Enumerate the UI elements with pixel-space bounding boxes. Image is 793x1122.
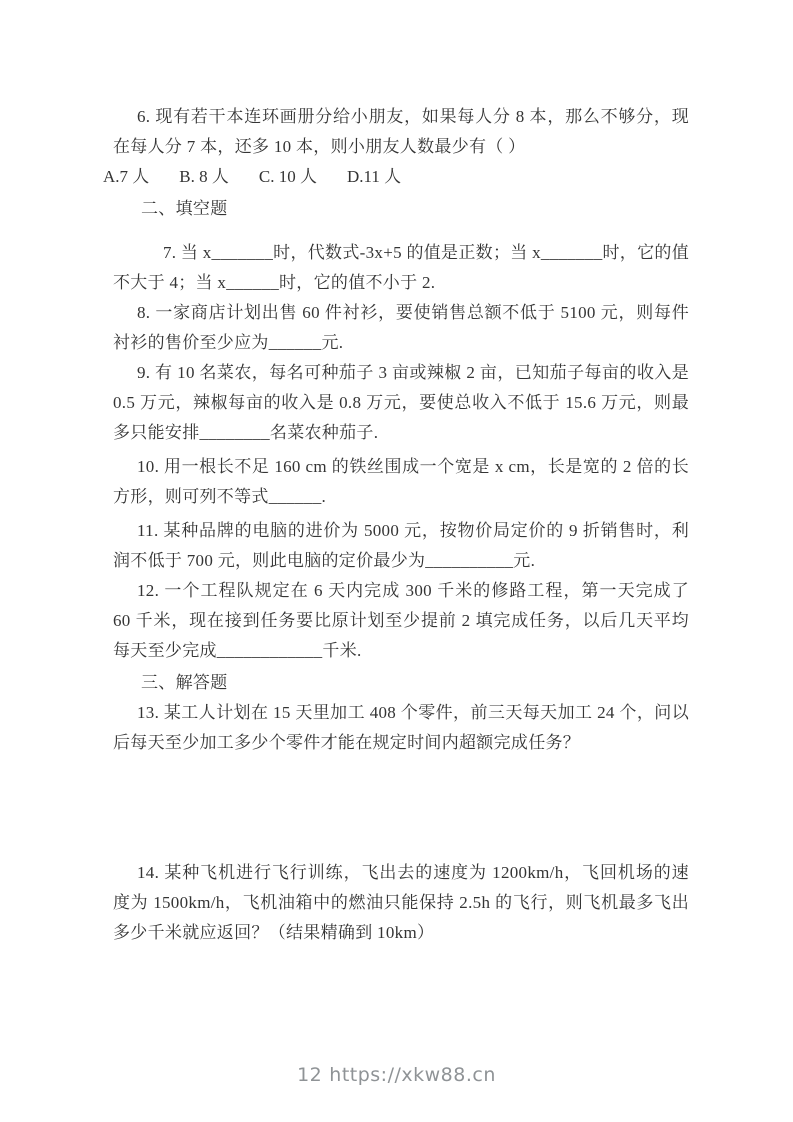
page-footer: 12https://xkw88.cn	[0, 1064, 793, 1086]
q6-option-c: C. 10 人	[259, 162, 317, 192]
q6-option-d: D.11 人	[347, 162, 401, 192]
question-6-options: A.7 人 B. 8 人 C. 10 人 D.11 人	[103, 162, 689, 192]
worksheet-page: 6. 现有若干本连环画册分给小朋友，如果每人分 8 本，那么不够分，现在每人分 …	[0, 0, 793, 1122]
document-body: 6. 现有若干本连环画册分给小朋友，如果每人分 8 本，那么不够分，现在每人分 …	[0, 0, 793, 948]
section-title-solve: 三、解答题	[113, 668, 689, 698]
question-8: 8. 一家商店计划出售 60 件衬衫，要使销售总额不低于 5100 元，则每件衬…	[113, 298, 689, 358]
question-9: 9. 有 10 名菜农，每名可种茄子 3 亩或辣椒 2 亩，已知茄子每亩的收入是…	[113, 358, 689, 448]
question-13: 13. 某工人计划在 15 天里加工 408 个零件，前三天每天加工 24 个，…	[113, 698, 689, 758]
question-14: 14. 某种飞机进行飞行训练，飞出去的速度为 1200km/h，飞回机场的速度为…	[113, 858, 689, 948]
question-10: 10. 用一根长不足 160 cm 的铁丝围成一个宽是 x cm，长是宽的 2 …	[113, 452, 689, 512]
section-title-fill-in: 二、填空题	[113, 194, 689, 224]
question-11: 11. 某种品牌的电脑的进价为 5000 元，按物价局定价的 9 折销售时，利润…	[113, 516, 689, 576]
q6-option-a: A.7 人	[103, 162, 149, 192]
watermark-url: https://xkw88.cn	[329, 1064, 496, 1086]
page-number: 12	[297, 1064, 322, 1086]
question-6: 6. 现有若干本连环画册分给小朋友，如果每人分 8 本，那么不够分，现在每人分 …	[113, 102, 689, 162]
question-7: 7. 当 x_______时，代数式-3x+5 的值是正数；当 x_______…	[113, 238, 689, 298]
q6-option-b: B. 8 人	[179, 162, 229, 192]
question-12: 12. 一个工程队规定在 6 天内完成 300 千米的修路工程，第一天完成了 6…	[113, 576, 689, 666]
